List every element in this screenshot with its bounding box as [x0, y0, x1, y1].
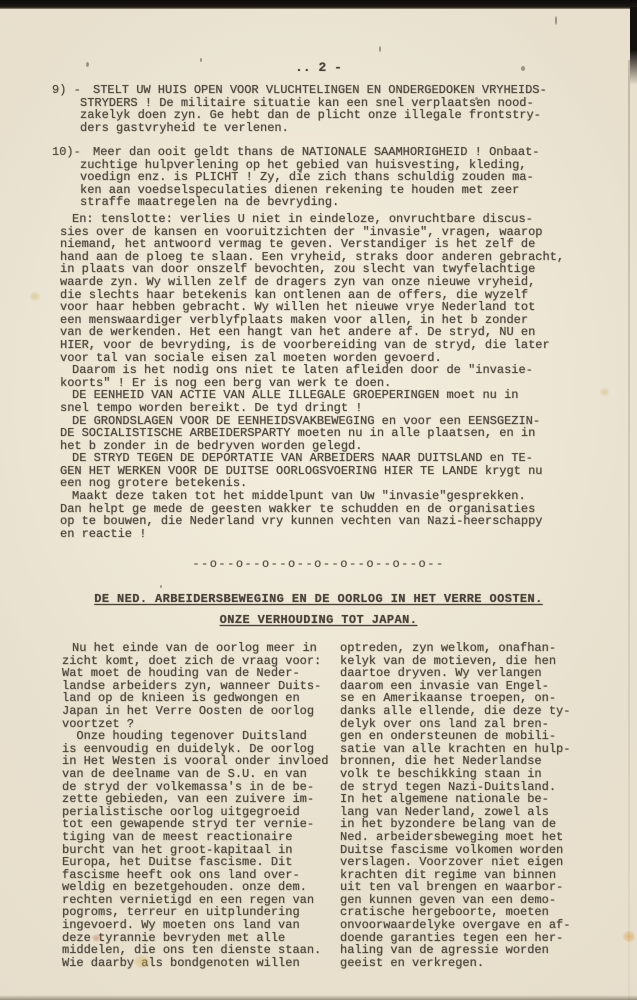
- numbered-item-9: 9) - STELT UW HUIS OPEN VOOR VLUCHTELING…: [52, 84, 592, 134]
- item-number: 9) -: [52, 84, 81, 97]
- scan-speck: [379, 46, 381, 52]
- body-paragraph: DE EENHEID VAN ACTIE VAN ALLE ILLEGALE G…: [60, 389, 584, 414]
- right-column-text: optreden, zyn welkom, onafhan- kelyk van…: [340, 642, 590, 969]
- section-heading-line2: ONZE VERHOUDING TOT JAPAN.: [0, 613, 637, 627]
- paper-stain: [600, 388, 609, 396]
- item-text: Meer dan ooit geldt thans de NATIONALE S…: [80, 146, 585, 209]
- body-text-block: En: tenslotte: verlies U niet in eindelo…: [60, 213, 584, 540]
- body-paragraph: En: tenslotte: verlies U niet in eindelo…: [60, 213, 584, 364]
- section-divider: --o--o--o--o--o--o--o--o--o--: [0, 557, 637, 571]
- item-number: 10)-: [52, 146, 81, 159]
- section-heading-line1: DE NED. ARBEIDERSBEWEGING EN DE OORLOG I…: [0, 592, 637, 606]
- document-page: .. 2 - 9) - STELT UW HUIS OPEN VOOR VLUC…: [0, 0, 637, 1000]
- body-paragraph: DE STRYD TEGEN DE DEPORTATIE VAN ARBEIDE…: [60, 452, 584, 490]
- scan-speck: [160, 585, 162, 588]
- scan-top-edge: [0, 0, 637, 9]
- paper-stain: [30, 292, 40, 301]
- scan-bottom-edge: [0, 995, 637, 1000]
- item-text: STELT UW HUIS OPEN VOOR VLUCHTELINGEN EN…: [80, 84, 585, 134]
- left-column-text: Nu het einde van de oorlog meer in zicht…: [62, 642, 338, 969]
- body-paragraph: Daarom is het nodig ons niet te laten af…: [60, 364, 584, 389]
- page-number: .. 2 -: [0, 60, 637, 75]
- body-paragraph: DE GRONDSLAGEN VOOR DE EENHEIDSVAKBEWEGI…: [60, 415, 584, 453]
- numbered-item-10: 10)- Meer dan ooit geldt thans de NATION…: [52, 146, 592, 209]
- scan-speck: [555, 16, 557, 25]
- body-paragraph: Maakt deze taken tot het middelpunt van …: [60, 490, 584, 540]
- paper-crease: [628, 60, 630, 1000]
